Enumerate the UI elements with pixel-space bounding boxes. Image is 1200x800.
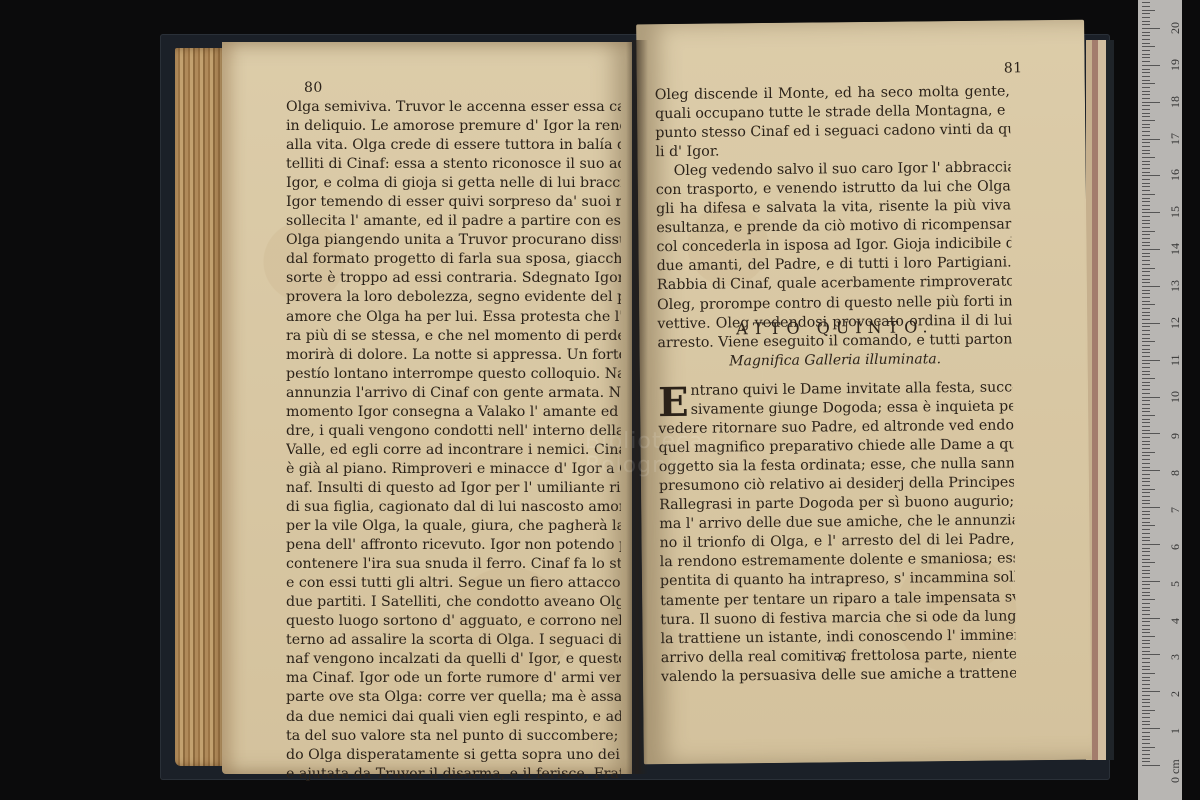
ruler-tick [1142, 621, 1150, 622]
ruler-tick [1142, 216, 1150, 217]
ruler-tick [1142, 39, 1150, 40]
ruler-tick [1142, 146, 1150, 147]
ruler-tick [1142, 209, 1150, 210]
ruler-tick [1142, 161, 1150, 162]
ruler-tick [1142, 562, 1155, 563]
ruler-tick [1142, 669, 1150, 670]
ruler-tick [1142, 279, 1150, 280]
text-line: e con essi tutti gli altri. Segue un fie… [286, 574, 621, 593]
ruler-tick [1142, 548, 1150, 549]
ruler-tick [1142, 94, 1150, 95]
text-line: questo luogo sortono d' agguato, e corro… [286, 612, 621, 631]
text-line: dal formato progetto di farla sua sposa,… [286, 250, 621, 269]
ruler-tick [1142, 717, 1150, 718]
ruler-tick [1142, 91, 1150, 92]
ruler-tick [1142, 654, 1160, 655]
ruler-tick [1142, 245, 1150, 246]
ruler-tick [1142, 397, 1160, 398]
text-line: Igor, e colma di gioja si getta nelle di… [286, 174, 621, 193]
ruler-tick [1142, 367, 1150, 368]
ruler-tick [1142, 264, 1150, 265]
text-line: telliti di Cinaf: essa a stento riconosc… [286, 155, 621, 174]
ruler-tick [1142, 474, 1150, 475]
ruler-tick [1142, 584, 1150, 585]
ruler-tick [1142, 13, 1150, 14]
ruler-tick [1142, 695, 1150, 696]
text-line: sorte è troppo ad essi contraria. Sdegna… [286, 269, 621, 288]
gutter-shadow [626, 40, 648, 774]
ruler-tick [1142, 153, 1150, 154]
ruler-tick [1142, 411, 1150, 412]
ruler-tick [1142, 747, 1155, 748]
ruler-tick [1142, 525, 1155, 526]
text-line: ra più di se stessa, e che nel momento d… [286, 327, 621, 346]
ruler-tick [1142, 17, 1150, 18]
ruler-tick [1142, 109, 1150, 110]
ruler-tick [1142, 124, 1150, 125]
scene-title: Magnifica Galleria illuminata. [658, 350, 1013, 370]
ruler-label: 1 [1168, 728, 1183, 734]
ruler-tick [1142, 150, 1150, 151]
text-line: momento Igor consegna a Valako l' amante… [286, 403, 621, 422]
text-line: è già al piano. Rimproveri e minacce d' … [286, 460, 621, 479]
ruler-tick [1142, 198, 1150, 199]
ruler-label: 14 [1168, 243, 1183, 255]
text-line: in deliquio. Le amorose premure d' Igor … [286, 117, 621, 136]
ruler-tick [1142, 371, 1150, 372]
ruler-tick [1142, 157, 1155, 158]
ruler-tick [1142, 212, 1160, 213]
ruler-tick [1142, 459, 1150, 460]
ruler-tick [1142, 43, 1150, 44]
ruler-tick [1142, 433, 1160, 434]
ruler-tick [1142, 691, 1160, 692]
ruler-tick [1142, 175, 1160, 176]
ruler-tick [1142, 168, 1150, 169]
ruler-tick [1142, 249, 1160, 250]
ruler-tick [1142, 275, 1150, 276]
ruler-tick [1142, 588, 1150, 589]
ruler-tick [1142, 551, 1150, 552]
ruler-tick [1142, 577, 1150, 578]
ruler-tick [1142, 750, 1150, 751]
ruler-tick [1142, 640, 1150, 641]
ruler-tick [1142, 688, 1150, 689]
text-line: naf vengono incalzati da quelli d' Igor,… [286, 650, 621, 669]
ruler-tick [1142, 470, 1160, 471]
page-number-left: 80 [304, 80, 323, 96]
ruler-tick [1142, 430, 1150, 431]
ruler-tick [1142, 684, 1150, 685]
ruler-tick [1142, 330, 1150, 331]
ruler-tick [1142, 607, 1150, 608]
ruler-tick [1142, 629, 1150, 630]
ruler-tick [1142, 172, 1150, 173]
ruler-tick [1142, 341, 1155, 342]
ruler-tick [1142, 102, 1160, 103]
ruler-tick [1142, 444, 1150, 445]
ruler-label: 9 [1168, 433, 1183, 439]
ruler-tick [1142, 662, 1150, 663]
ruler-tick [1142, 2, 1150, 3]
ruler-tick [1142, 400, 1150, 401]
ruler-label: 20 [1168, 22, 1183, 34]
ruler-tick [1142, 24, 1150, 25]
ruler-tick [1142, 595, 1150, 596]
ruler-tick [1142, 743, 1150, 744]
ruler-tick [1142, 467, 1150, 468]
ruler-tick [1142, 765, 1160, 766]
ruler-tick [1142, 231, 1155, 232]
ruler-tick [1142, 69, 1150, 70]
ruler-tick [1142, 50, 1150, 51]
ruler-tick [1142, 6, 1150, 7]
ruler-tick [1142, 702, 1150, 703]
ruler-tick [1142, 65, 1160, 66]
ruler-tick [1142, 304, 1155, 305]
left-fore-edge [175, 48, 225, 766]
ruler-tick [1142, 253, 1150, 254]
ruler-label: 7 [1168, 507, 1183, 513]
ruler-tick [1142, 297, 1150, 298]
text-line: contenere l'ira sua snuda il ferro. Cina… [286, 555, 621, 574]
ruler-tick [1142, 76, 1150, 77]
ruler-label: 3 [1168, 654, 1183, 660]
ruler-tick [1142, 57, 1150, 58]
ruler-tick [1142, 540, 1150, 541]
ruler-tick [1142, 345, 1150, 346]
ruler-tick [1142, 319, 1150, 320]
text-line: e ajutata da Truvor il disarma, e il fer… [286, 765, 621, 784]
ruler-tick [1142, 164, 1150, 165]
ruler-tick [1142, 573, 1150, 574]
ruler-tick [1142, 393, 1150, 394]
ruler-tick [1142, 290, 1150, 291]
ruler-tick [1142, 46, 1155, 47]
ruler-tick [1142, 496, 1150, 497]
ruler-tick [1142, 315, 1150, 316]
ruler-label: 19 [1168, 59, 1183, 71]
ruler-tick [1142, 260, 1150, 261]
text-line: annunzia l'arrivo di Cinaf con gente arm… [286, 384, 621, 403]
ruler-label: 5 [1168, 581, 1183, 587]
ruler-tick [1142, 706, 1150, 707]
ruler-tick [1142, 699, 1150, 700]
measurement-ruler: 0 cm1234567891011121314151617181920 [1138, 0, 1182, 800]
ruler-tick [1142, 485, 1150, 486]
ruler-tick [1142, 326, 1150, 327]
ruler-tick [1142, 647, 1150, 648]
ruler-tick [1142, 426, 1150, 427]
ruler-tick [1142, 72, 1150, 73]
ruler-tick [1142, 183, 1150, 184]
ruler-tick [1142, 529, 1150, 530]
ruler-tick [1142, 220, 1150, 221]
ruler-tick [1142, 518, 1150, 519]
ruler-tick [1142, 559, 1150, 560]
text-line: due partiti. I Satelliti, che condotto a… [286, 593, 621, 612]
ruler-tick [1142, 452, 1155, 453]
ruler-tick [1142, 54, 1150, 55]
ruler-tick [1142, 334, 1150, 335]
ruler-tick [1142, 28, 1160, 29]
ruler-tick [1142, 739, 1150, 740]
ruler-label: 2 [1168, 691, 1183, 697]
ruler-label: 17 [1168, 133, 1183, 145]
ruler-tick [1142, 98, 1150, 99]
ruler-tick [1142, 323, 1160, 324]
ruler-tick [1142, 599, 1155, 600]
text-line: da due nemici dai quali vien egli respin… [286, 708, 621, 727]
ruler-tick [1142, 338, 1150, 339]
text-line: do Olga disperatamente si getta sopra un… [286, 746, 621, 765]
text-line: parte ove sta Olga: corre ver quella; ma… [286, 688, 621, 707]
ruler-tick [1142, 478, 1150, 479]
ruler-tick [1142, 533, 1150, 534]
ruler-tick [1142, 555, 1150, 556]
ruler-tick [1142, 514, 1150, 515]
ruler-tick [1142, 680, 1150, 681]
ruler-tick [1142, 492, 1150, 493]
ruler-tick [1142, 227, 1150, 228]
ruler-tick [1142, 116, 1150, 117]
ruler-label: 10 [1168, 391, 1183, 403]
left-page-text: Olga semiviva. Truvor le accenna esser e… [286, 98, 621, 784]
ruler-tick [1142, 544, 1160, 545]
ruler-tick [1142, 139, 1160, 140]
ruler-tick [1142, 581, 1160, 582]
ruler-tick [1142, 83, 1155, 84]
ruler-tick [1142, 308, 1150, 309]
ruler-tick [1142, 194, 1155, 195]
ruler-tick [1142, 437, 1150, 438]
ruler-tick [1142, 448, 1150, 449]
ruler-tick [1142, 238, 1150, 239]
ruler-tick [1142, 256, 1150, 257]
text-line: dre, i quali vengono condotti nell' inte… [286, 422, 621, 441]
ruler-tick [1142, 179, 1150, 180]
right-page: 81 Oleg discende il Monte, ed ha seco mo… [636, 20, 1092, 765]
text-line: Valle, ed egli corre ad incontrare i nem… [286, 441, 621, 460]
ruler-label: 16 [1168, 169, 1183, 181]
ruler-tick [1142, 268, 1155, 269]
ruler-tick [1142, 507, 1160, 508]
text-line: per la vile Olga, la quale, giura, che p… [286, 517, 621, 536]
ruler-tick [1142, 374, 1150, 375]
text-line: ma Cinaf. Igor ode un forte rumore d' ar… [286, 669, 621, 688]
text-line: pestío lontano interrompe questo colloqu… [286, 365, 621, 384]
ruler-tick [1142, 724, 1150, 725]
ruler-label: 18 [1168, 96, 1183, 108]
ruler-tick [1142, 356, 1150, 357]
ruler-tick [1142, 419, 1150, 420]
ruler-tick [1142, 293, 1150, 294]
ruler-tick [1142, 732, 1150, 733]
ruler-tick [1142, 363, 1150, 364]
right-page-top-text: Oleg discende il Monte, ed ha seco molta… [655, 82, 1013, 352]
ruler-label: 11 [1168, 354, 1183, 366]
ruler-tick [1142, 614, 1150, 615]
ruler-tick [1142, 721, 1150, 722]
ruler-label: 6 [1168, 544, 1183, 550]
ruler-tick [1142, 234, 1150, 235]
ruler-tick [1142, 570, 1150, 571]
ruler-tick [1142, 728, 1160, 729]
text-line: naf. Insulti di questo ad Igor per l' um… [286, 479, 621, 498]
right-page-body-text: E ntrano quivi le Dame invitate alla fes… [658, 378, 1016, 686]
text-line: Igor temendo di esser quivi sorpreso da'… [286, 193, 621, 212]
ruler-tick [1142, 651, 1150, 652]
ruler-tick [1142, 190, 1150, 191]
ruler-tick [1142, 643, 1150, 644]
ruler-tick [1142, 636, 1155, 637]
ruler-tick [1142, 537, 1150, 538]
ruler-tick [1142, 603, 1150, 604]
ruler-tick [1142, 186, 1150, 187]
ruler-tick [1142, 758, 1150, 759]
ruler-tick [1142, 385, 1150, 386]
text-line: di sua figlia, cagionato dal di lui nasc… [286, 498, 621, 517]
ruler-tick [1142, 422, 1150, 423]
text-line: ta del suo valore sta nel punto di succo… [286, 727, 621, 746]
ruler-tick [1142, 500, 1150, 501]
ruler-tick [1142, 135, 1150, 136]
text-line: valendo la persuasiva delle sue amiche a… [661, 664, 1016, 687]
signature-mark: 6 [838, 650, 846, 665]
ruler-tick [1142, 301, 1150, 302]
text-line: punto stesso Cinaf ed i seguaci cadono v… [655, 121, 1010, 144]
ruler-tick [1142, 142, 1150, 143]
ruler-tick [1142, 463, 1150, 464]
ruler-tick [1142, 610, 1150, 611]
ruler-tick [1142, 404, 1150, 405]
text-line: sollecita l' amante, ed il padre a parti… [286, 212, 621, 231]
ruler-tick [1142, 131, 1150, 132]
text-line: Olga piangendo unita a Truvor procurano … [286, 231, 621, 250]
ruler-tick [1142, 666, 1150, 667]
ruler-tick [1142, 389, 1150, 390]
ruler-tick [1142, 242, 1150, 243]
ruler-tick [1142, 673, 1155, 674]
text-line: provera la loro debolezza, segno evident… [286, 288, 621, 307]
ruler-tick [1142, 503, 1150, 504]
ruler-tick [1142, 282, 1150, 283]
ruler-tick [1142, 455, 1150, 456]
ruler-tick [1142, 10, 1155, 11]
text-line: pena dell' affronto ricevuto. Igor non p… [286, 536, 621, 555]
ruler-label: 8 [1168, 470, 1183, 476]
ruler-tick [1142, 271, 1150, 272]
ruler-label: 0 cm [1168, 759, 1183, 783]
ruler-label: 4 [1168, 618, 1183, 624]
ruler-tick [1142, 522, 1150, 523]
ruler-tick [1142, 223, 1150, 224]
ruler-tick [1142, 761, 1150, 762]
ruler-tick [1142, 566, 1150, 567]
ruler-tick [1142, 352, 1150, 353]
text-line: morirà di dolore. La notte si appressa. … [286, 346, 621, 365]
ruler-tick [1142, 87, 1150, 88]
drop-cap: E [658, 386, 689, 420]
text-line: alla vita. Olga crede di essere tuttora … [286, 136, 621, 155]
left-page: 80 Olga semiviva. Truvor le accenna esse… [222, 42, 632, 774]
ruler-tick [1142, 286, 1160, 287]
act-title: ATTO QUINTO. [657, 316, 1012, 339]
text-line: terno ad assalire la scorta di Olga. I s… [286, 631, 621, 650]
ruler-label: 13 [1168, 280, 1183, 292]
text-line: amore che Olga ha per lui. Essa protesta… [286, 308, 621, 327]
ruler-tick [1142, 35, 1150, 36]
ruler-tick [1142, 113, 1150, 114]
ruler-tick [1142, 21, 1150, 22]
ruler-tick [1142, 632, 1150, 633]
ruler-label: 15 [1168, 206, 1183, 218]
ruler-tick [1142, 408, 1150, 409]
ruler-tick [1142, 382, 1150, 383]
ruler-tick [1142, 360, 1160, 361]
ruler-tick [1142, 349, 1150, 350]
ruler-tick [1142, 201, 1150, 202]
ruler-tick [1142, 205, 1150, 206]
ruler-tick [1142, 61, 1150, 62]
ruler-tick [1142, 441, 1150, 442]
ruler-tick [1142, 511, 1150, 512]
ruler-tick [1142, 618, 1160, 619]
ruler-tick [1142, 378, 1155, 379]
ruler-tick [1142, 481, 1150, 482]
ruler-tick [1142, 105, 1150, 106]
text-line: Olga semiviva. Truvor le accenna esser e… [286, 98, 621, 117]
page-number-right: 81 [1004, 60, 1023, 76]
ruler-tick [1142, 80, 1150, 81]
ruler-label: 12 [1168, 317, 1183, 329]
ruler-tick [1142, 625, 1150, 626]
ruler-tick [1142, 32, 1150, 33]
ruler-tick [1142, 736, 1150, 737]
ruler-tick [1142, 489, 1155, 490]
ruler-tick [1142, 754, 1150, 755]
ruler-tick [1142, 713, 1150, 714]
ruler-tick [1142, 658, 1150, 659]
ruler-tick [1142, 127, 1150, 128]
ruler-tick [1142, 415, 1155, 416]
ruler-tick [1142, 677, 1150, 678]
ruler-tick [1142, 710, 1155, 711]
ruler-tick [1142, 312, 1150, 313]
ruler-tick [1142, 592, 1150, 593]
ruler-tick [1142, 120, 1155, 121]
